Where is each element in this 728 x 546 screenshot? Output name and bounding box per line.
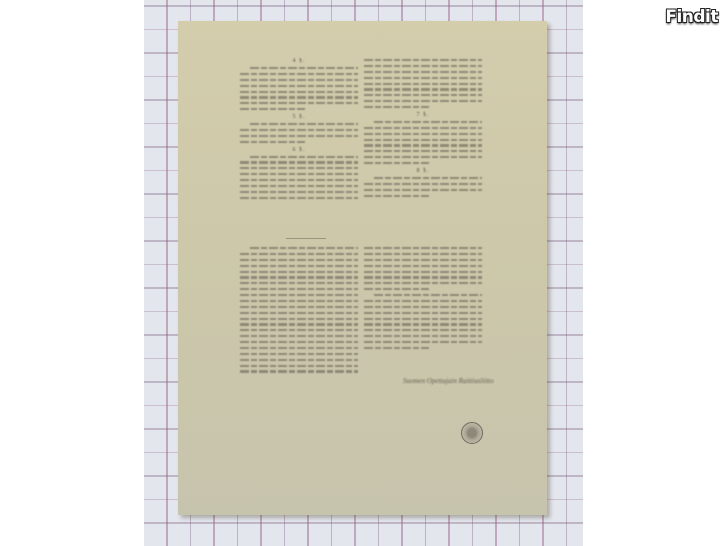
section-heading: 5 §. [240, 114, 358, 120]
column-bottom-left [240, 247, 358, 376]
divider [286, 238, 326, 239]
body-text [364, 247, 482, 349]
section-body [240, 123, 358, 143]
section-heading: 4 §. [240, 58, 358, 64]
publisher-stamp-icon [461, 422, 483, 444]
section-body [364, 177, 482, 197]
section-body [364, 59, 482, 108]
section-body [364, 121, 482, 164]
document-page: 4 §. 5 §. 6 §. 7 §. 8 §. [178, 21, 547, 515]
product-photo: 4 §. 5 §. 6 §. 7 §. 8 §. [144, 0, 583, 546]
column-top-right: 7 §. 8 §. [364, 59, 482, 200]
section-heading: 7 §. [364, 112, 482, 118]
section-body [240, 156, 358, 199]
findit-logo: Findit [665, 7, 718, 27]
signature: Suomen Opettajain Raittiusliitto [403, 377, 494, 385]
section-heading: 6 §. [240, 147, 358, 153]
body-text [240, 247, 358, 373]
column-bottom-right [364, 247, 482, 353]
section-body [240, 67, 358, 110]
section-heading: 8 §. [364, 168, 482, 174]
column-top-left: 4 §. 5 §. 6 §. [240, 56, 358, 203]
